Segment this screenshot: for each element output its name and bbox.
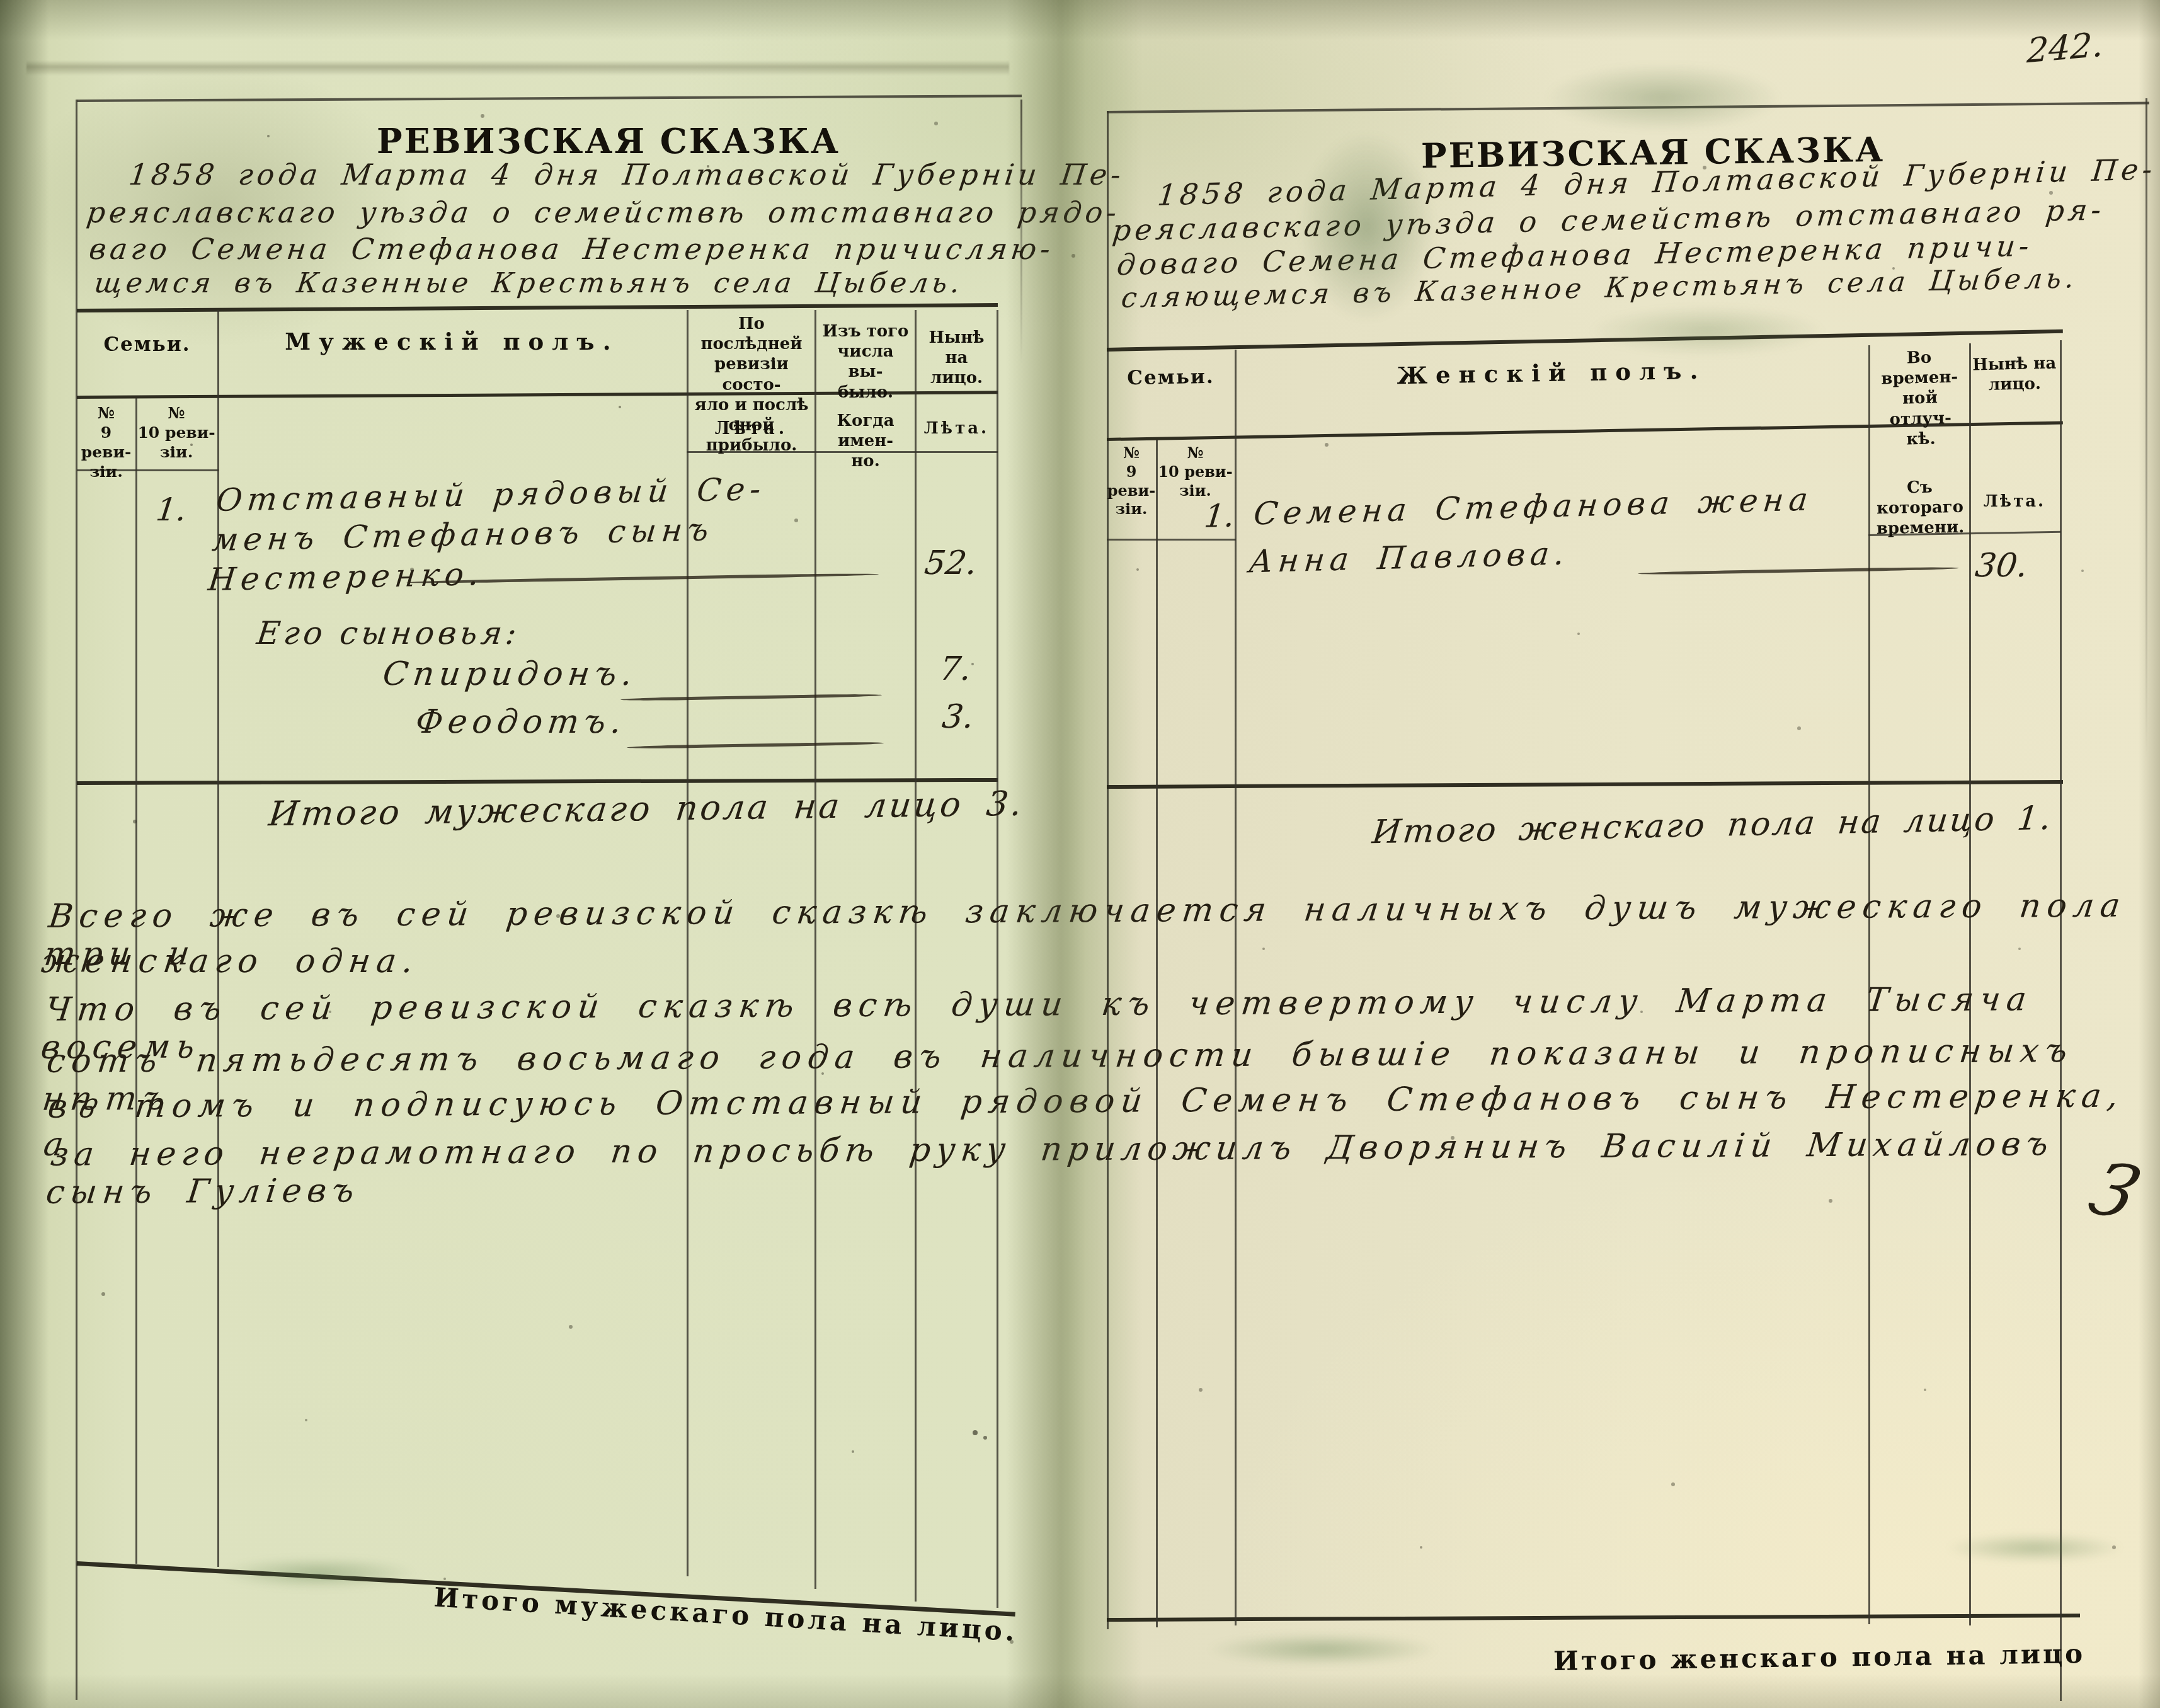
scanned-revision-list-document: 242. РЕВИЗСКАЯ СКАЗКА 1858 года Марта 4 … [0,0,2160,1708]
bleed-through-mark [1499,50,1827,145]
table-rule [77,303,998,312]
table-rule [1107,539,1236,541]
column-header-male-sex: Мужескій полъ. [217,328,687,357]
subheader-revision10: № 10 реви- зіи. [135,403,217,462]
left-header-line: ваго Семена Стефанова Нестеренка причисл… [88,232,1056,266]
subheader-revision9: № 9 реви- зіи. [1107,444,1156,519]
column-header-present: Нынѣ на лицо. [1970,353,2059,396]
subheader-years: Лѣта. [691,418,812,439]
summary-line: за него неграмотнаго по просьбѣ руку при… [44,1125,2160,1212]
table-rule [1107,780,2063,789]
bleed-through-mark [1912,1528,2157,1568]
right-footer-total-label: Итого женскаго пола на лицо [1553,1638,2086,1677]
sons-label: Его сыновья: [254,615,522,651]
family-number: 1. [1203,498,1237,535]
son-name: Спиридонъ. [380,655,639,693]
table-column-line [135,398,137,1564]
male-total-line: Итого мужескаго пола на лицо 3. [267,784,1027,834]
column-header-departed: Изъ того числа вы- было. [818,321,913,403]
age-value: 7. [937,650,973,688]
left-header-line: реяславскаго уѣзда о семействѣ отставнаг… [85,195,1123,229]
subheader-revision10: № 10 реви- зіи. [1156,444,1235,500]
son-name: Феодотъ. [413,703,628,741]
column-header-family: Семьи. [77,333,217,357]
female-total-line: Итого женскаго пола на лицо 1. [1371,800,2055,852]
left-header-line: щемся въ Казенные Крестьянъ села Цыбель. [93,267,966,299]
table-rule [1107,1613,2080,1622]
left-page-title: РЕВИЗСКАЯ СКАЗКА [377,121,840,162]
bleed-through-mark [1162,1627,1483,1672]
bleed-through-mark [183,1551,454,1595]
age-value: 52. [922,544,979,582]
family-number: 1. [154,491,188,528]
bleed-through-mark [1543,296,1871,365]
column-header-family: Семьи. [1107,364,1235,391]
bleed-through-mark [1272,95,1461,359]
table-rule [77,778,998,785]
column-header-present: Нынѣ на лицо. [917,328,997,389]
column-header-temp-absence: Во времен- ной отлуч- кѣ. [1871,347,1969,450]
ditto-dash [620,694,882,701]
subheader-when-exactly: Когда имен- но. [818,411,913,472]
age-value: 3. [940,698,976,736]
age-value: 30. [1973,547,2030,585]
subheader-since-when: Съ котораго времени. [1870,477,1970,539]
page-border [1107,111,1109,1629]
subheader-years: Лѣта. [917,418,997,438]
scan-artifact-streak [26,59,1009,77]
page-border [2146,98,2147,760]
left-header-line: 1858 года Марта 4 дня Полтавской Губерні… [127,158,1127,192]
wife-name: Семена Стефанова жена Анна Павлова. [1247,475,1815,585]
subheader-years: Лѣта. [1970,491,2059,512]
ditto-dash [627,742,884,749]
page-border [77,95,1022,102]
left-footer-total-label: Итого мужескаго пола на лицо. [433,1582,1019,1648]
subheader-revision9: № 9 реви- зіи. [77,403,135,481]
page-number: 242. [2026,25,2103,71]
paper-dust-specks [0,0,3,3]
summary-line: женскаго одна. [39,943,421,980]
